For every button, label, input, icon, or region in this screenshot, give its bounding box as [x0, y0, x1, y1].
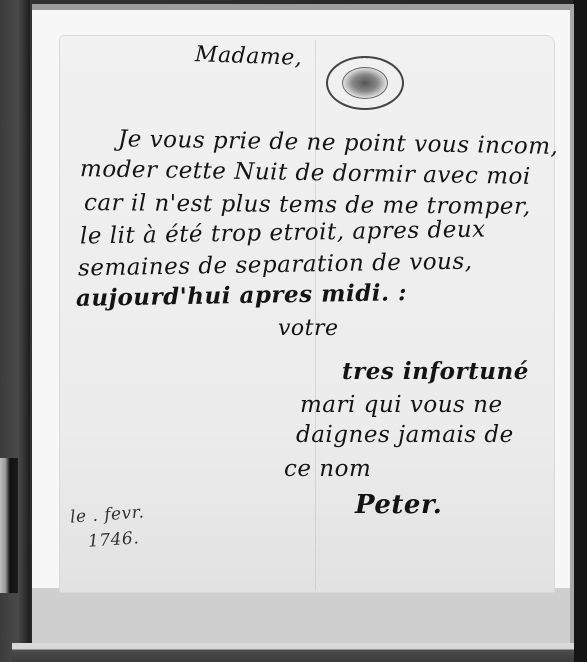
signature-block-line-4: ce nom	[284, 456, 371, 482]
date-line-2: 1746.	[87, 528, 139, 552]
mat-lower-band	[32, 588, 570, 644]
closing: votre	[278, 316, 339, 341]
signature-block-line-3: daignes jamais de	[296, 422, 514, 448]
signature-block-line-1: tres infortuné	[342, 358, 529, 385]
body-line-3: car il n'est plus tems de me tromper,	[84, 190, 531, 220]
signature-block-line-2: mari qui vous ne	[300, 392, 503, 418]
signature: Peter.	[355, 490, 442, 520]
mat-bottom-edge	[12, 643, 574, 662]
body-line-6: aujourd'hui apres midi. :	[76, 279, 407, 312]
paper-fold-line	[315, 40, 316, 590]
right-binder-edge	[573, 0, 587, 662]
seal-emblem	[342, 67, 388, 99]
archive-seal-icon: · · · · · ·	[326, 56, 404, 110]
left-page-tab	[0, 458, 18, 593]
seal-text: · · · · · ·	[328, 56, 402, 62]
salutation: Madame,	[195, 42, 303, 71]
